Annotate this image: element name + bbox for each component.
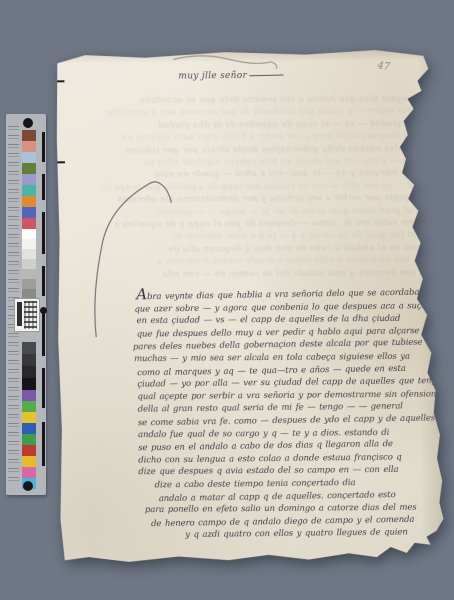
ruler-mark [42, 310, 45, 356]
color-patch [22, 259, 36, 269]
resolution-grid [24, 301, 37, 329]
color-patch [22, 185, 36, 196]
manuscript-text-line: qual açepte por serbir a vra señoria y p… [137, 388, 443, 403]
color-patch [22, 445, 36, 456]
color-patch [22, 390, 36, 401]
color-patch [22, 401, 36, 412]
color-patch [22, 130, 36, 141]
ruler-mark [42, 422, 45, 466]
color-patch [22, 279, 36, 289]
manuscript-text-block: Abra veynte dias que hablia a vra señori… [136, 284, 445, 543]
color-patch [22, 342, 36, 354]
manuscript-page: 47 muy jlle señor Abra veynte dias que h… [55, 47, 447, 566]
registration-dot-icon [23, 118, 33, 128]
ruler-mark [42, 368, 45, 408]
dark-gray-patches [22, 342, 36, 390]
ruler-mark [42, 212, 45, 254]
color-patch [22, 163, 36, 174]
grayscale-patches [22, 229, 36, 299]
color-patch [22, 434, 36, 445]
color-patch [22, 174, 36, 185]
ruler-mark [42, 132, 45, 162]
color-patch [22, 269, 36, 279]
color-patch [22, 412, 36, 423]
color-patch [22, 249, 36, 259]
color-patch [22, 456, 36, 467]
color-calibration-target [6, 114, 46, 495]
color-patch [22, 229, 36, 239]
color-patch [22, 152, 36, 163]
color-patch [22, 354, 36, 366]
paper-sheet: 47 muy jlle señor Abra veynte dias que h… [55, 47, 447, 566]
ruler-mark [42, 174, 45, 200]
color-patch [22, 423, 36, 434]
resolution-bar [17, 302, 22, 326]
color-patch [22, 207, 36, 218]
archive-photo-scene: 47 muy jlle señor Abra veynte dias que h… [0, 0, 454, 600]
color-patch [22, 141, 36, 152]
color-patch [22, 218, 36, 229]
upper-color-patches [22, 130, 36, 229]
color-patch [22, 239, 36, 249]
color-patch [22, 196, 36, 207]
ruler-mark [42, 266, 45, 296]
resolution-target-icon [14, 298, 40, 332]
color-patch [22, 467, 36, 478]
color-patch [22, 378, 36, 390]
registration-dot-icon [23, 481, 33, 491]
lower-color-patches [22, 390, 36, 489]
color-patch [22, 366, 36, 378]
